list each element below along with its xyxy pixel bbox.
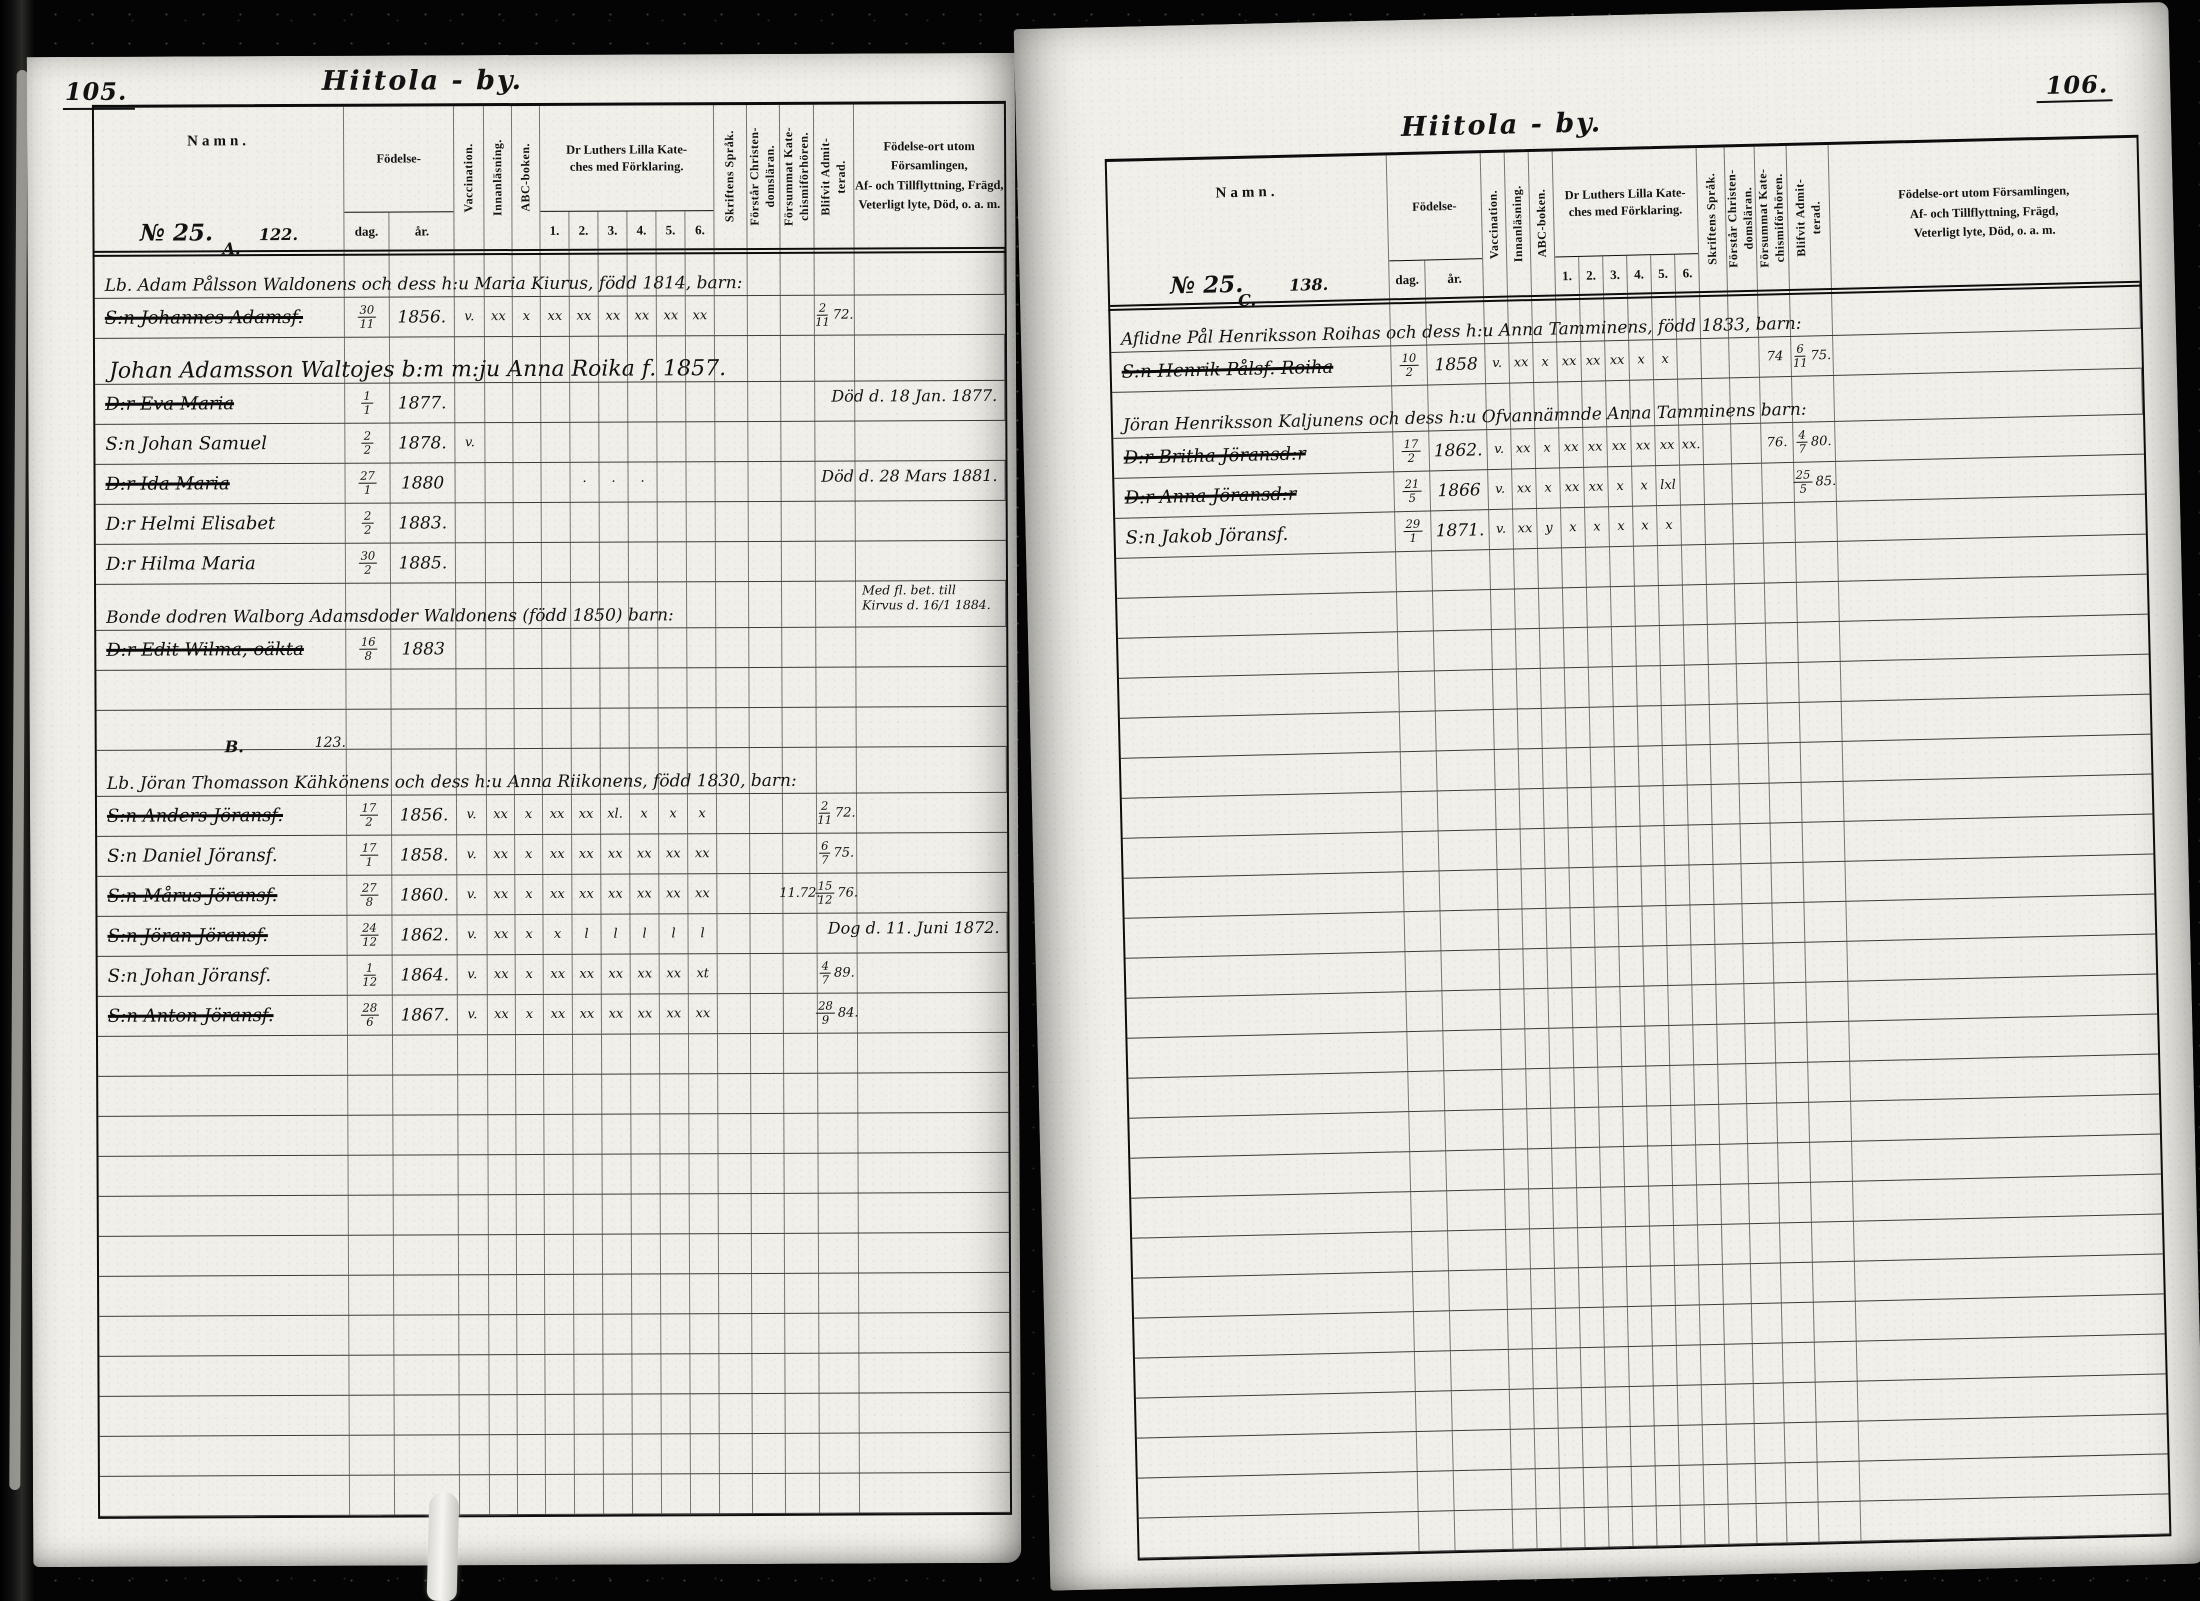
cell xyxy=(1455,1510,1514,1550)
ledger-row-empty xyxy=(99,1273,1009,1317)
fraction-denominator: 11 xyxy=(815,316,830,329)
cell xyxy=(600,629,629,668)
cell xyxy=(1768,703,1801,743)
cell xyxy=(1660,626,1685,666)
cell xyxy=(661,1234,690,1273)
cell xyxy=(752,1274,785,1313)
cell xyxy=(1729,1504,1758,1544)
cell xyxy=(1737,664,1768,704)
missed-examination-value: 74 xyxy=(1767,349,1784,364)
progress-mark: xx xyxy=(579,807,594,822)
cell xyxy=(1122,792,1403,838)
cell xyxy=(514,629,542,668)
cell xyxy=(819,1234,859,1273)
cell xyxy=(1516,629,1541,669)
cell xyxy=(570,423,599,462)
cell xyxy=(1509,1349,1534,1389)
cell xyxy=(718,1074,751,1113)
cell xyxy=(602,1115,631,1154)
header-admitted: Blifvit Admit- terad. xyxy=(1787,145,1832,289)
cell xyxy=(859,1193,1009,1233)
cell xyxy=(1124,872,1405,918)
cell xyxy=(658,502,687,541)
cell xyxy=(661,1194,690,1233)
ledger-row-person: D:r Edit Wilma, oäkta1681883 xyxy=(96,627,1006,671)
progress-mark: x xyxy=(525,847,532,862)
header-admitted-label: Blifvit Admit- terad. xyxy=(1792,178,1825,257)
cell xyxy=(395,1435,460,1474)
header-scripture-language: Skriftens Språk. xyxy=(714,105,748,248)
cell xyxy=(1590,707,1615,747)
cell xyxy=(1520,789,1545,829)
progress-mark: xx xyxy=(695,886,710,901)
cell xyxy=(1803,862,1846,902)
cell xyxy=(820,1474,860,1513)
cell xyxy=(1644,986,1669,1026)
cell xyxy=(1745,1023,1776,1063)
cell xyxy=(717,708,750,747)
cell xyxy=(1646,1066,1671,1106)
cell xyxy=(855,249,1005,295)
cell xyxy=(858,953,1008,993)
cell xyxy=(784,1114,818,1153)
cell xyxy=(1642,906,1667,946)
cell xyxy=(1493,669,1518,709)
cell xyxy=(1703,1425,1728,1465)
progress-mark: xx xyxy=(1565,480,1580,495)
cell: xx xyxy=(487,835,515,874)
cell xyxy=(1595,947,1620,987)
cell xyxy=(1128,1072,1409,1118)
progress-mark: · xyxy=(611,475,615,490)
ledger-row-person: S:n Jöran Jöransf.24121862.v.xxxxlllllDo… xyxy=(97,913,1007,957)
fraction-denominator: 2 xyxy=(1405,366,1413,379)
cell xyxy=(751,994,784,1033)
fraction-denominator: 8 xyxy=(365,650,372,663)
cell: xx xyxy=(1509,343,1534,383)
fraction-numerator: 27 xyxy=(358,470,377,484)
cell: xx xyxy=(631,954,660,993)
cell xyxy=(1573,1028,1598,1068)
cell xyxy=(1504,1149,1529,1189)
cell xyxy=(1697,1185,1722,1225)
cell xyxy=(783,794,817,833)
progress-mark: xx xyxy=(550,887,565,902)
cell xyxy=(1664,785,1689,825)
cell xyxy=(629,628,658,667)
cell xyxy=(1545,828,1570,868)
cell xyxy=(1712,784,1741,824)
cell xyxy=(516,1035,544,1074)
cell xyxy=(1858,1374,2167,1420)
cell xyxy=(1809,1102,1852,1142)
cell xyxy=(1728,1464,1757,1504)
cell: xx xyxy=(1513,509,1538,549)
cell xyxy=(1618,867,1643,907)
cell xyxy=(1515,589,1540,629)
cell: 2412 xyxy=(347,916,392,955)
cell xyxy=(1120,712,1401,758)
cell xyxy=(1521,829,1546,869)
progress-mark: xx xyxy=(1586,353,1601,368)
birth-day-fraction: 302 xyxy=(359,550,378,576)
cell xyxy=(1748,1143,1779,1183)
bookmark-ribbon xyxy=(427,1492,460,1601)
cell xyxy=(1804,902,1847,942)
progress-mark: x xyxy=(525,807,532,822)
cell xyxy=(1641,826,1666,866)
cell xyxy=(1613,667,1638,707)
namn-label: Namn. xyxy=(187,133,250,150)
progress-mark: xx xyxy=(667,1006,682,1021)
cell xyxy=(1694,1065,1719,1105)
cell xyxy=(1443,1030,1502,1070)
folio-number: 138. xyxy=(1289,275,1328,297)
cell xyxy=(1524,989,1549,1029)
cell: xx xyxy=(570,297,599,336)
cell: xx xyxy=(544,995,573,1034)
cell: 1877. xyxy=(390,383,455,422)
progress-mark: xx xyxy=(550,967,565,982)
cell xyxy=(1137,1432,1418,1478)
cell xyxy=(1678,1385,1703,1425)
ledger-row-person: D:r Helmi Elisabet221883. xyxy=(96,501,1006,545)
progress-mark: v. xyxy=(467,927,477,942)
admitted-fraction: 211 xyxy=(815,302,830,328)
catechism-grade-label: 6. xyxy=(685,211,714,248)
cell xyxy=(1121,752,1402,798)
cell xyxy=(1597,1027,1622,1067)
admitted-year: 89. xyxy=(834,966,855,981)
cell xyxy=(658,628,687,667)
cell xyxy=(1708,624,1737,664)
ledger-row-family: Lb. Jöran Thomasson Kähkönens och dess h… xyxy=(97,747,1007,797)
cell xyxy=(1765,583,1798,623)
cell xyxy=(691,1394,720,1433)
cell: S:n Daniel Jöransf. xyxy=(97,836,347,876)
cell: 1883. xyxy=(391,503,456,542)
cell xyxy=(490,1395,518,1434)
cell xyxy=(1557,1348,1582,1388)
cell xyxy=(782,502,816,541)
cell xyxy=(1400,711,1437,751)
cell xyxy=(1586,547,1611,587)
cell: xx xyxy=(630,834,659,873)
cell xyxy=(1666,865,1691,905)
cell xyxy=(603,1275,632,1314)
header-understands-christianity: Förstår Christen- domsläran. xyxy=(747,105,781,248)
cell xyxy=(1564,628,1589,668)
cell: 271 xyxy=(345,464,390,503)
cell xyxy=(751,1074,784,1113)
birth-day-label: dag. xyxy=(344,213,389,250)
progress-mark: l xyxy=(700,926,704,941)
fraction-denominator: 5 xyxy=(1800,483,1808,496)
cell xyxy=(542,543,571,582)
cell: D:r Ida Maria xyxy=(95,464,345,504)
cell xyxy=(575,1395,604,1434)
cell xyxy=(720,1434,753,1473)
cell xyxy=(348,1036,393,1075)
cell: S:n Mårus Jöransf. xyxy=(97,876,347,916)
ledger-row-family: Bonde dodren Walborg Adamsdoder Waldonen… xyxy=(96,581,1006,631)
cell xyxy=(1544,788,1569,828)
cell xyxy=(1584,1468,1609,1508)
cell xyxy=(1396,551,1433,591)
cell xyxy=(662,1394,691,1433)
cell xyxy=(348,1076,393,1115)
fraction-denominator: 12 xyxy=(362,976,377,989)
ledger-row-empty xyxy=(100,1393,1010,1437)
cell xyxy=(715,296,748,335)
cell xyxy=(603,1235,632,1274)
cell xyxy=(657,422,686,461)
cell xyxy=(660,1114,689,1153)
cell xyxy=(1525,1029,1550,1069)
ledger-row-person: D:r Ida Maria2711880···Död d. 28 Mars 18… xyxy=(95,461,1005,505)
catechism-grade-label: 3. xyxy=(598,212,627,249)
cell xyxy=(518,1475,546,1514)
cell xyxy=(690,1194,719,1233)
ledger-row-empty xyxy=(100,1473,1010,1517)
cell xyxy=(1602,1227,1627,1267)
cell xyxy=(1615,747,1640,787)
progress-mark: l xyxy=(671,926,675,941)
cell xyxy=(1539,588,1564,628)
cell xyxy=(1450,1310,1509,1350)
progress-mark: x xyxy=(1543,441,1551,456)
cell xyxy=(1652,1306,1677,1346)
progress-mark: v. xyxy=(1495,482,1505,497)
cell xyxy=(1718,1064,1747,1104)
cell xyxy=(691,1434,720,1473)
birth-year: 1862. xyxy=(1434,440,1483,461)
header-understands-christianity-label: Förstår Christen- domsläran. xyxy=(1725,169,1758,268)
cell xyxy=(1802,782,1845,822)
cell xyxy=(1532,1309,1557,1349)
cell xyxy=(1805,942,1848,982)
cell: 1856. xyxy=(392,795,457,834)
cell xyxy=(856,667,1006,707)
cell: 215 xyxy=(1394,471,1431,511)
cell xyxy=(1841,655,2150,701)
ledger-row-empty xyxy=(99,1353,1009,1397)
cell xyxy=(1840,615,2149,661)
ledger-row-person: S:n Mårus Jöransf.2781860.v.xxxxxxxxxxxx… xyxy=(97,873,1007,917)
cell xyxy=(859,1153,1009,1193)
cell xyxy=(1658,546,1683,586)
progress-mark: xx xyxy=(638,1006,653,1021)
progress-mark: x xyxy=(1641,518,1649,533)
birth-day-fraction: 168 xyxy=(359,636,378,662)
cell xyxy=(1407,1031,1444,1071)
cell xyxy=(1542,708,1567,748)
cell xyxy=(1707,584,1736,624)
admitted-value: 4780. xyxy=(1796,429,1832,456)
cell xyxy=(750,794,783,833)
cell: xx xyxy=(599,297,628,336)
cell xyxy=(1816,1382,1859,1422)
progress-mark: xx xyxy=(1612,439,1627,454)
missed-examination-value: 76. xyxy=(1767,435,1788,450)
cell: xx xyxy=(572,835,601,874)
cell xyxy=(600,503,629,542)
ledger-row-person: D:r Hilma Maria3021885. xyxy=(96,541,1006,585)
cell xyxy=(546,1475,575,1514)
cell xyxy=(1799,662,1842,702)
cell xyxy=(1672,1145,1697,1185)
cell xyxy=(1119,672,1400,718)
admitted-fraction: 47 xyxy=(1796,429,1808,455)
cell: y xyxy=(1537,508,1562,548)
table-body: Lb. Adam Pålsson Waldonens och dess h:u … xyxy=(95,249,1011,1517)
cell xyxy=(1567,748,1592,788)
cell xyxy=(657,382,686,421)
person-name: S:n Henrik Pålsf. Roiha xyxy=(1121,357,1333,383)
cell xyxy=(1713,824,1742,864)
cell xyxy=(749,628,782,667)
cell xyxy=(394,1275,459,1314)
cell xyxy=(544,1035,573,1074)
person-name: D:r Britha Jöransd:r xyxy=(1124,443,1307,468)
cell: 1885. xyxy=(391,543,456,582)
cell xyxy=(719,1194,752,1233)
cell xyxy=(455,383,485,422)
cell xyxy=(1785,1423,1818,1463)
cell xyxy=(1722,1224,1751,1264)
cell: 172 xyxy=(347,796,392,835)
cell: xx xyxy=(660,994,689,1033)
cell xyxy=(786,1474,820,1513)
ledger-row-person: S:n Anders Jöransf.1721856.v.xxxxxxxxl.x… xyxy=(97,793,1007,837)
cell xyxy=(1783,1343,1816,1383)
cell xyxy=(348,1116,393,1155)
progress-mark: l xyxy=(613,927,617,942)
namn-label: Namn. xyxy=(1215,184,1278,202)
admitted-fraction: 67 xyxy=(819,840,830,866)
birth-day-fraction: 3011 xyxy=(357,304,376,330)
progress-mark: x xyxy=(1665,518,1673,533)
cell xyxy=(785,1274,819,1313)
page-number-right: 106. xyxy=(2035,69,2112,103)
cell xyxy=(718,1034,751,1073)
cell xyxy=(1741,824,1772,864)
family-header-text: Lb. Jöran Thomasson Kähkönens och dess h… xyxy=(107,771,851,794)
progress-mark: x xyxy=(1544,481,1552,496)
cell xyxy=(1506,1229,1531,1269)
cell: x xyxy=(1536,468,1561,508)
birth-year: 1883 xyxy=(402,639,445,659)
cell: xx xyxy=(1607,427,1632,467)
cell xyxy=(1701,1345,1726,1385)
progress-mark: xx xyxy=(608,887,623,902)
cell xyxy=(784,994,818,1033)
ledger-row-empty xyxy=(99,1153,1009,1197)
progress-mark: xx xyxy=(494,967,509,982)
cell: 61175. xyxy=(1791,336,1834,376)
progress-mark: xx xyxy=(579,967,594,982)
cell xyxy=(1738,704,1769,744)
cell xyxy=(1399,671,1436,711)
cell xyxy=(601,709,630,748)
cell xyxy=(662,1434,691,1473)
cell xyxy=(784,954,818,993)
cell xyxy=(1537,1509,1562,1549)
cell: xx xyxy=(1655,426,1680,466)
cell xyxy=(857,747,1007,793)
cell: 11 xyxy=(345,384,390,423)
cell xyxy=(545,1355,574,1394)
progress-mark: v. xyxy=(467,1007,477,1022)
cell xyxy=(1408,1071,1445,1111)
cell xyxy=(1677,339,1702,379)
cell: v. xyxy=(1487,430,1512,470)
progress-mark: x xyxy=(698,806,705,821)
cell: S:n Jöran Jöransf. xyxy=(97,916,347,956)
cell xyxy=(1637,666,1662,706)
cell xyxy=(1683,585,1708,625)
cell xyxy=(1698,1225,1723,1265)
cell: 1858 xyxy=(1427,344,1486,384)
cell xyxy=(1756,1463,1787,1503)
cell xyxy=(1764,543,1797,583)
cell: · xyxy=(570,463,599,502)
cell: xx xyxy=(572,795,601,834)
book-scan: 105. Hiitola - by. Namn.№ 25.122.Födelse… xyxy=(0,0,2200,1601)
admitted-year: 84. xyxy=(838,1006,859,1021)
cell xyxy=(716,542,749,581)
cell xyxy=(1673,1185,1698,1225)
cell: xx xyxy=(485,297,513,336)
cell xyxy=(1747,1103,1778,1143)
cell xyxy=(1527,1109,1552,1149)
progress-mark: v. xyxy=(464,309,474,324)
cell xyxy=(1795,502,1838,542)
cell xyxy=(1640,786,1665,826)
family-note: Med fl. bet. till Kirvus d. 16/1 1884. xyxy=(862,582,1000,613)
cell xyxy=(691,1474,720,1513)
cell xyxy=(857,873,1007,913)
cell: x xyxy=(688,794,717,833)
cell xyxy=(517,1155,545,1194)
cell xyxy=(856,501,1006,541)
cell xyxy=(1757,1503,1788,1543)
cell xyxy=(752,1314,785,1353)
cell: xx xyxy=(1559,428,1584,468)
cell: x xyxy=(1585,507,1610,547)
cell xyxy=(1717,1024,1746,1064)
cell xyxy=(1441,950,1500,990)
cell xyxy=(1138,1472,1419,1518)
cell: xx xyxy=(1605,341,1630,381)
cell xyxy=(820,1434,860,1473)
cell xyxy=(603,1315,632,1354)
cell xyxy=(1833,329,2142,375)
cell xyxy=(858,1033,1008,1073)
cell: 22 xyxy=(346,504,391,543)
header-namn: Namn.№ 25.138. xyxy=(1107,155,1390,305)
cell xyxy=(456,543,486,582)
progress-mark: xx xyxy=(1610,353,1625,368)
person-name: S:n Jöran Jöransf. xyxy=(108,925,268,947)
cell xyxy=(784,1074,818,1113)
cell xyxy=(752,1234,785,1273)
cell: v. xyxy=(457,835,487,874)
cell xyxy=(603,1355,632,1394)
progress-mark: xx xyxy=(634,308,649,323)
cell xyxy=(573,1035,602,1074)
cell xyxy=(1724,1304,1753,1344)
